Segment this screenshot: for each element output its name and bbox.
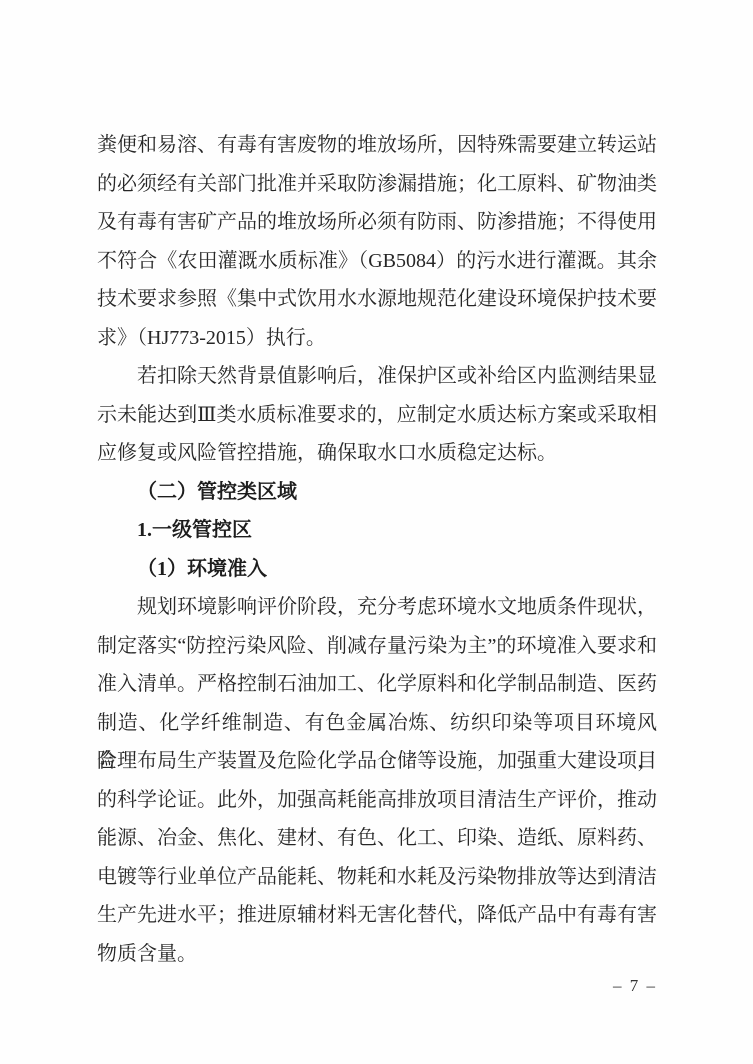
text-line: 规划环境影响评价阶段，充分考虑环境水文地质条件现状， <box>97 588 657 627</box>
section-heading: （1）环境准入 <box>97 550 657 589</box>
text-line: 的必须经有关部门批准并采取防渗漏措施；化工原料、矿物油类 <box>97 165 657 204</box>
text-line: 示未能达到Ⅲ类水质标准要求的，应制定水质达标方案或采取相 <box>97 396 657 435</box>
text-line: 粪便和易溶、有毒有害废物的堆放场所，因特殊需要建立转运站 <box>97 126 657 165</box>
text-line: 及有毒有害矿产品的堆放场所必须有防雨、防渗措施；不得使用 <box>97 203 657 242</box>
text-line: 物质含量。 <box>97 935 657 974</box>
text-line: 不符合《农田灌溉水质标准》（GB5084）的污水进行灌溉。其余 <box>97 242 657 281</box>
text-line: 生产先进水平；推进原辅材料无害化替代，降低产品中有毒有害 <box>97 896 657 935</box>
text-line: 求》（HJ773-2015）执行。 <box>97 319 657 358</box>
text-line: 准入清单。严格控制石油加工、化学原料和化学制品制造、医药 <box>97 665 657 704</box>
text-line: 应修复或风险管控措施，确保取水口水质稳定达标。 <box>97 434 657 473</box>
document-page: 粪便和易溶、有毒有害废物的堆放场所，因特殊需要建立转运站的必须经有关部门批准并采… <box>0 0 753 1064</box>
text-line: 合理布局生产装置及危险化学品仓储等设施，加强重大建设项目 <box>97 742 657 781</box>
text-line: 制定落实“防控污染风险、削减存量污染为主”的环境准入要求和 <box>97 627 657 666</box>
page-number: – 7 – <box>613 974 657 998</box>
text-line: 若扣除天然背景值影响后，准保护区或补给区内监测结果显 <box>97 357 657 396</box>
section-heading: （二）管控类区域 <box>97 473 657 512</box>
text-line: 制造、化学纤维制造、有色金属冶炼、纺织印染等项目环境风险， <box>97 704 657 743</box>
section-heading: 1.一级管控区 <box>97 511 657 550</box>
text-line: 电镀等行业单位产品能耗、物耗和水耗及污染物排放等达到清洁 <box>97 858 657 897</box>
text-line: 的科学论证。此外，加强高耗能高排放项目清洁生产评价，推动 <box>97 781 657 820</box>
text-line: 能源、冶金、焦化、建材、有色、化工、印染、造纸、原料药、 <box>97 819 657 858</box>
text-line: 技术要求参照《集中式饮用水水源地规范化建设环境保护技术要 <box>97 280 657 319</box>
document-body: 粪便和易溶、有毒有害废物的堆放场所，因特殊需要建立转运站的必须经有关部门批准并采… <box>97 126 657 973</box>
